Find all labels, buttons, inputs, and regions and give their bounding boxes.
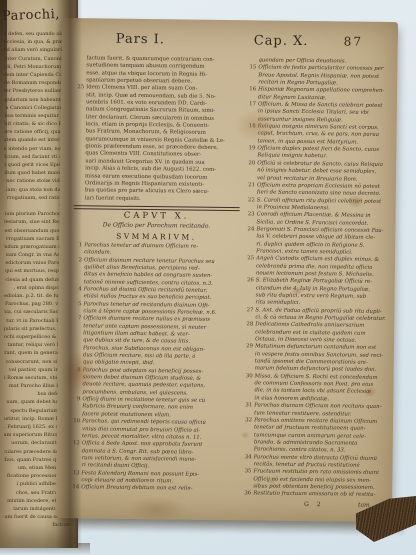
page-number: 87 (344, 34, 363, 48)
text-line: 36Restitutio fructuum amissorum ob id re… (240, 490, 390, 499)
page-header: Pars I. Cap. X. 87 (62, 31, 398, 53)
summarium-heading: SVMMARIVM. (71, 232, 241, 241)
summary-items-right: quendam per Officia deuotionis.15Officiu… (240, 57, 395, 499)
main-page: Pars I. Cap. X. 87 factum fuerit, & quam… (56, 18, 398, 522)
text-line: lari fuerint requisiti. (72, 195, 242, 204)
right-column: quendam per Officia deuotionis.15Officiu… (240, 57, 396, 510)
gutter-shadow (56, 0, 82, 548)
header-chapter-label: Cap. X. (254, 33, 309, 49)
book-photo: Parochi, iam defen, seu quando ab eaa Ec… (0, 0, 416, 555)
chapter-heading: CAPVT X. (72, 212, 242, 221)
text-line: 14Officium Breuiarij debitum non est rel… (68, 484, 238, 493)
running-head-verso: Parochi, (2, 7, 60, 24)
chapter-subtitle: De Officio per Parochum recitando. (71, 221, 241, 230)
section-divider-rule (74, 205, 240, 211)
catchword: tam (358, 501, 370, 508)
left-column-intro: factum fuerit, & quamcumque contrariam c… (72, 55, 244, 204)
summary-items-left: 1Parochus tenetur ad diuinum Officium re… (68, 242, 241, 494)
gathering-signature: G 2 (304, 501, 324, 509)
header-part-label: Pars I. (116, 32, 165, 48)
left-column: factum fuerit, & quamcumque contrariam c… (68, 55, 243, 494)
